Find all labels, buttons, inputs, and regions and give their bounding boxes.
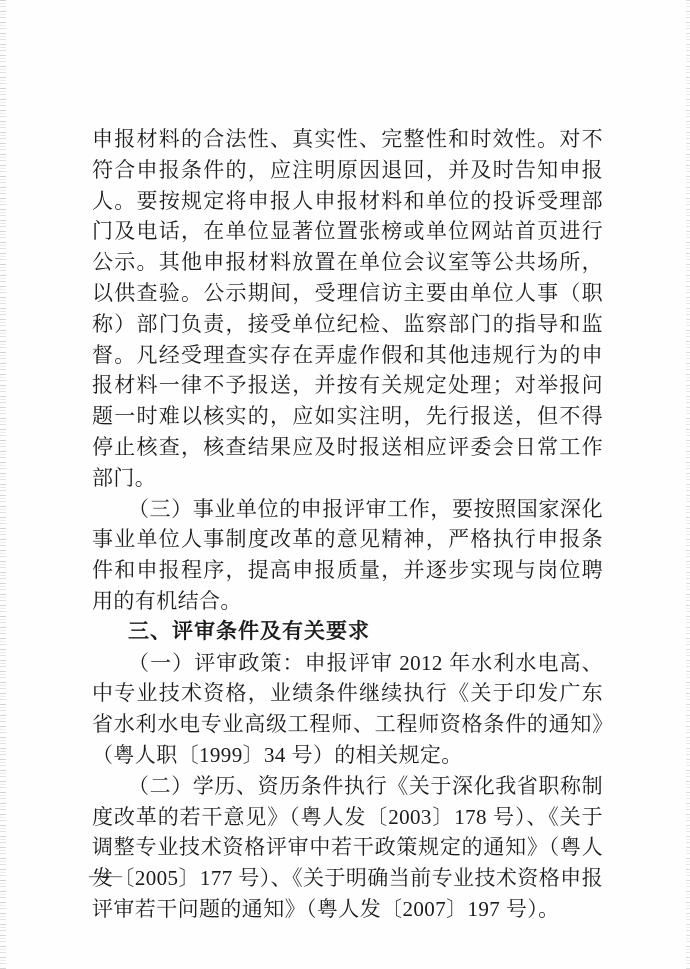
paragraph-item-three: （三）事业单位的申报评审工作，要按照国家深化事业单位人事制度改革的意见精神，严格… bbox=[92, 494, 603, 617]
paragraph-item-two: （二）学历、资历条件执行《关于深化我省职称制度改革的若干意见》（粤人发〔2003… bbox=[92, 771, 603, 925]
document-body: 申报材料的合法性、真实性、完整性和时效性。对不符合申报条件的，应注明原因退回，并… bbox=[92, 124, 603, 925]
scan-noise-left-edge bbox=[0, 0, 6, 969]
document-page: 申报材料的合法性、真实性、完整性和时效性。对不符合申报条件的，应注明原因退回，并… bbox=[0, 0, 690, 969]
section-heading-review-conditions: 三、评审条件及有关要求 bbox=[92, 617, 603, 648]
scan-noise-right-edge bbox=[686, 0, 690, 969]
page-number: —4— bbox=[89, 869, 121, 885]
paragraph-continuation: 申报材料的合法性、真实性、完整性和时效性。对不符合申报条件的，应注明原因退回，并… bbox=[92, 124, 603, 494]
paragraph-item-one: （一）评审政策：申报评审 2012 年水利水电高、中专业技术资格，业绩条件继续执… bbox=[92, 648, 603, 771]
